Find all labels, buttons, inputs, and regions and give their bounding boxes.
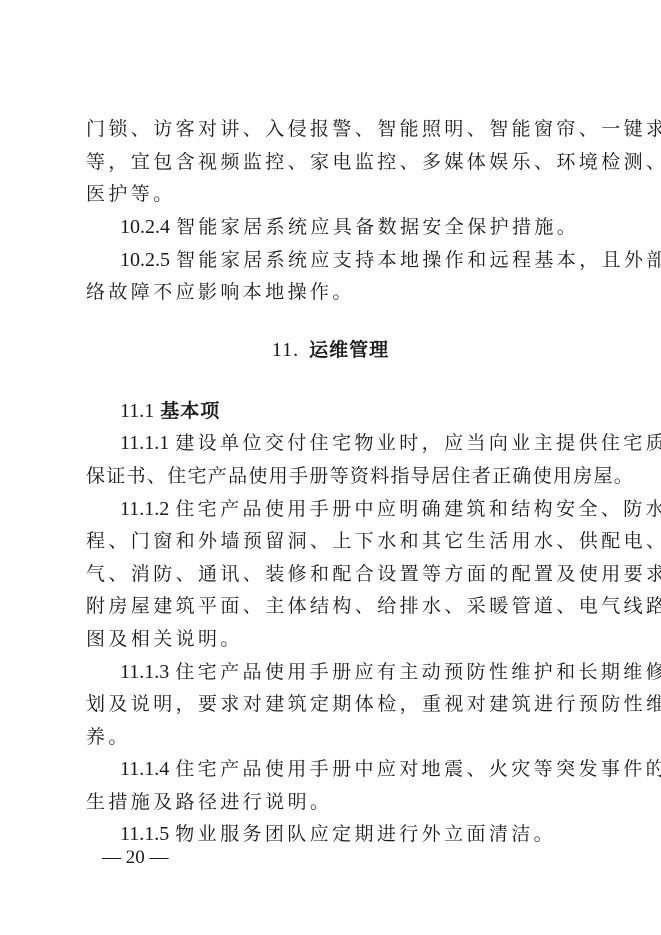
text-line: 生措施及路径进行说明。 <box>86 788 578 816</box>
text-line: 医护等。 <box>86 180 578 208</box>
clause-number: 11.1.1 <box>120 432 169 454</box>
page-number: — 20 — <box>102 844 169 872</box>
text-line: 程、门窗和外墙预留洞、上下水和其它生活用水、供配电、燃 <box>86 527 578 555</box>
subsection-number: 11.1 <box>120 400 154 422</box>
clause-11-1-4: 11.1.4住宅产品使用手册中应对地震、火灾等突发事件的逃 <box>120 755 578 783</box>
clause-text: 物业服务团队应定期进行外立面清洁。 <box>175 823 556 845</box>
text-line: 络故障不应影响本地操作。 <box>86 278 578 306</box>
clause-number: 10.2.5 <box>120 249 170 271</box>
text-line: 养。 <box>86 723 578 751</box>
section-heading: 11.运维管理 <box>0 336 661 364</box>
section-number: 11. <box>272 339 299 361</box>
clause-text: 建设单位交付住宅物业时，应当向业主提供住宅质量 <box>175 432 661 454</box>
clause-number: 11.1.5 <box>120 823 169 845</box>
text-line: 等，宜包含视频监控、家电监控、多媒体娱乐、环境检测、智能 <box>86 148 578 176</box>
clause-number: 10.2.4 <box>120 216 170 238</box>
text-line: 图及相关说明。 <box>86 625 578 653</box>
clause-number: 11.1.2 <box>120 498 169 520</box>
clause-text: 住宅产品使用手册应有主动预防性维护和长期维修计 <box>175 661 661 683</box>
text-line: 附房屋建筑平面、主体结构、给排水、采暖管道、电气线路布置 <box>86 592 578 620</box>
clause-11-1-3: 11.1.3住宅产品使用手册应有主动预防性维护和长期维修计 <box>120 658 578 686</box>
subsection-title: 基本项 <box>160 400 220 422</box>
clause-text: 住宅产品使用手册中应对地震、火灾等突发事件的逃 <box>175 758 661 780</box>
clause-10-2-5: 10.2.5智能家居系统应支持本地操作和远程基本，且外部网 <box>120 246 578 274</box>
text-line: 气、消防、通讯、装修和配合设置等方面的配置及使用要求，并 <box>86 560 578 588</box>
clause-11-1-1: 11.1.1建设单位交付住宅物业时，应当向业主提供住宅质量 <box>120 429 578 457</box>
clause-number: 11.1.3 <box>120 661 169 683</box>
text-line: 门锁、访客对讲、入侵报警、智能照明、智能窗帘、一键求助 <box>86 115 578 143</box>
clause-11-1-5: 11.1.5物业服务团队应定期进行外立面清洁。 <box>120 820 578 848</box>
text-line: 保证书、住宅产品使用手册等资料指导居住者正确使用房屋。 <box>86 462 578 490</box>
clause-text: 智能家居系统应具备数据安全保护措施。 <box>176 216 579 238</box>
clause-text: 智能家居系统应支持本地操作和远程基本，且外部网 <box>176 249 661 271</box>
subsection-heading: 11.1基本项 <box>120 397 578 425</box>
clause-10-2-4: 10.2.4智能家居系统应具备数据安全保护措施。 <box>120 213 578 241</box>
clause-number: 11.1.4 <box>120 758 169 780</box>
clause-text: 住宅产品使用手册中应明确建筑和结构安全、防水工 <box>175 498 661 520</box>
clause-11-1-2: 11.1.2住宅产品使用手册中应明确建筑和结构安全、防水工 <box>120 495 578 523</box>
text-line: 划及说明，要求对建筑定期体检，重视对建筑进行预防性维修保 <box>86 690 578 718</box>
section-title: 运维管理 <box>309 339 389 361</box>
